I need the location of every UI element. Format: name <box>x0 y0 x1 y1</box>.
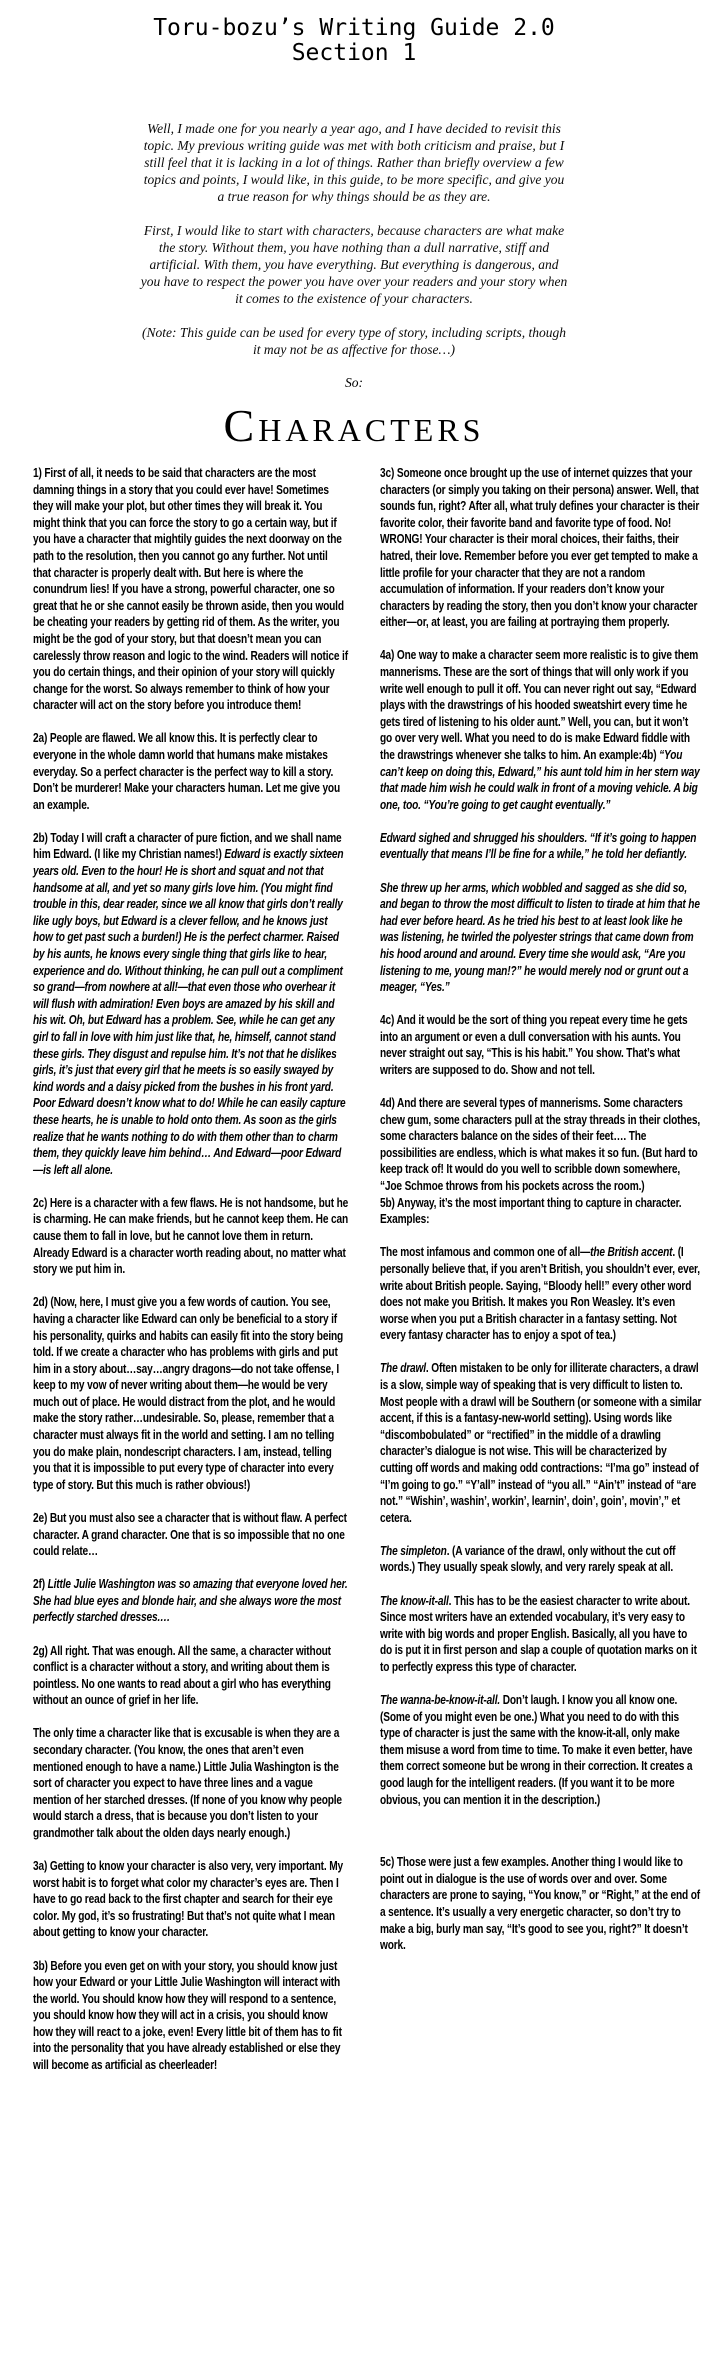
paragraph: She threw up her arms, which wobbled and… <box>380 880 701 996</box>
text-run: 5b) Anyway, it’s the most important thin… <box>380 1195 681 1210</box>
text-run: 4d) And there are several types of manne… <box>380 1095 700 1193</box>
paragraph: The simpleton. (A variance of the drawl,… <box>380 1543 701 1576</box>
text-run: 3a) Getting to know your character is al… <box>33 1858 343 1939</box>
document-header: Toru-bozu’s Writing Guide 2.0 Section 1 <box>0 16 708 66</box>
intro-paragraph: (Note: This guide can be used for every … <box>139 324 569 358</box>
paragraph: 2a) People are flawed. We all know this.… <box>33 730 348 813</box>
intro-section: Well, I made one for you nearly a year a… <box>139 120 569 358</box>
text-run: 4c) And it would be the sort of thing yo… <box>380 1012 688 1077</box>
paragraph: The drawl. Often mistaken to be only for… <box>380 1360 701 1526</box>
page-subtitle: Section 1 <box>0 41 708 66</box>
document-page: Toru-bozu’s Writing Guide 2.0 Section 1 … <box>0 0 708 2380</box>
paragraph: 2g) All right. That was enough. All the … <box>33 1643 348 1709</box>
paragraph: The wanna-be-know-it-all. Don’t laugh. I… <box>380 1692 701 1808</box>
page-title: Toru-bozu’s Writing Guide 2.0 <box>0 16 708 41</box>
text-run-italic: The drawl <box>380 1360 426 1375</box>
paragraph: The know-it-all. This has to be the easi… <box>380 1593 701 1676</box>
text-run: 3c) Someone once brought up the use of i… <box>380 465 699 629</box>
paragraph: 3c) Someone once brought up the use of i… <box>380 465 701 631</box>
text-run-italic: Edward is exactly sixteen years old. Eve… <box>33 846 345 1176</box>
so-label: So: <box>0 375 708 391</box>
text-run: 2e) But you must also see a character th… <box>33 1510 347 1558</box>
left-column-content: 1) First of all, it needs to be said tha… <box>33 465 348 2074</box>
paragraph: 3b) Before you even get on with your sto… <box>33 1958 348 2074</box>
right-column-content: 3c) Someone once brought up the use of i… <box>380 465 701 1954</box>
text-run-italic: The simpleton <box>380 1543 447 1558</box>
text-run: 2d) (Now, here, I must give you a few wo… <box>33 1294 343 1492</box>
paragraph: 2c) Here is a character with a few flaws… <box>33 1195 348 1278</box>
text-run: The only time a character like that is e… <box>33 1725 342 1840</box>
paragraph: 4c) And it would be the sort of thing yo… <box>380 1012 701 1078</box>
text-run: Don’t laugh. I know you all know one. (S… <box>380 1692 692 1807</box>
text-run: 1) First of all, it needs to be said tha… <box>33 465 348 712</box>
intro-paragraph: Well, I made one for you nearly a year a… <box>139 120 569 205</box>
left-column: 1) First of all, it needs to be said tha… <box>33 465 345 2074</box>
paragraph: 4d) And there are several types of manne… <box>380 1095 701 1195</box>
paragraph: Examples: <box>380 1211 701 1228</box>
text-run: The most infamous and common one of all— <box>380 1244 590 1259</box>
paragraph: 3a) Getting to know your character is al… <box>33 1858 348 1941</box>
article-columns: 1) First of all, it needs to be said tha… <box>0 465 708 2074</box>
characters-heading: Characters <box>0 401 708 451</box>
text-run: . Often mistaken to be only for illitera… <box>380 1360 701 1524</box>
paragraph: 4a) One way to make a character seem mor… <box>380 647 701 813</box>
paragraph: 1) First of all, it needs to be said tha… <box>33 465 348 714</box>
paragraph: 2e) But you must also see a character th… <box>33 1510 348 1560</box>
paragraph: 5b) Anyway, it’s the most important thin… <box>380 1195 701 1212</box>
paragraph: 2d) (Now, here, I must give you a few wo… <box>33 1294 348 1493</box>
text-run-italic: The know-it-all <box>380 1593 449 1608</box>
text-run: 2a) People are flawed. We all know this.… <box>33 730 340 811</box>
text-run-italic: The wanna-be-know-it-all. <box>380 1692 500 1707</box>
text-run: 5c) Those were just a few examples. Anot… <box>380 1854 700 1952</box>
paragraph: Edward sighed and shrugged his shoulders… <box>380 830 701 863</box>
paragraph: The most infamous and common one of all—… <box>380 1244 701 1344</box>
text-run-italic: the British accent <box>590 1244 672 1259</box>
right-column: 3c) Someone once brought up the use of i… <box>380 465 700 2074</box>
text-run: 2f) <box>33 1576 48 1591</box>
paragraph: The only time a character like that is e… <box>33 1725 348 1841</box>
paragraph: 5c) Those were just a few examples. Anot… <box>380 1854 701 1954</box>
text-run: 2c) Here is a character with a few flaws… <box>33 1195 348 1276</box>
text-run: 3b) Before you even get on with your sto… <box>33 1958 342 2073</box>
paragraph: 2f) Little Julie Washington was so amazi… <box>33 1576 348 1626</box>
text-run-italic: She threw up her arms, which wobbled and… <box>380 880 700 995</box>
text-run-italic: Little Julie Washington was so amazing t… <box>33 1576 347 1624</box>
paragraph: 2b) Today I will craft a character of pu… <box>33 830 348 1178</box>
text-run: 2g) All right. That was enough. All the … <box>33 1643 331 1708</box>
intro-paragraph: First, I would like to start with charac… <box>139 222 569 307</box>
text-run: Examples: <box>380 1211 429 1226</box>
text-run-italic: Edward sighed and shrugged his shoulders… <box>380 830 696 862</box>
text-run: 4a) One way to make a character seem mor… <box>380 647 698 762</box>
